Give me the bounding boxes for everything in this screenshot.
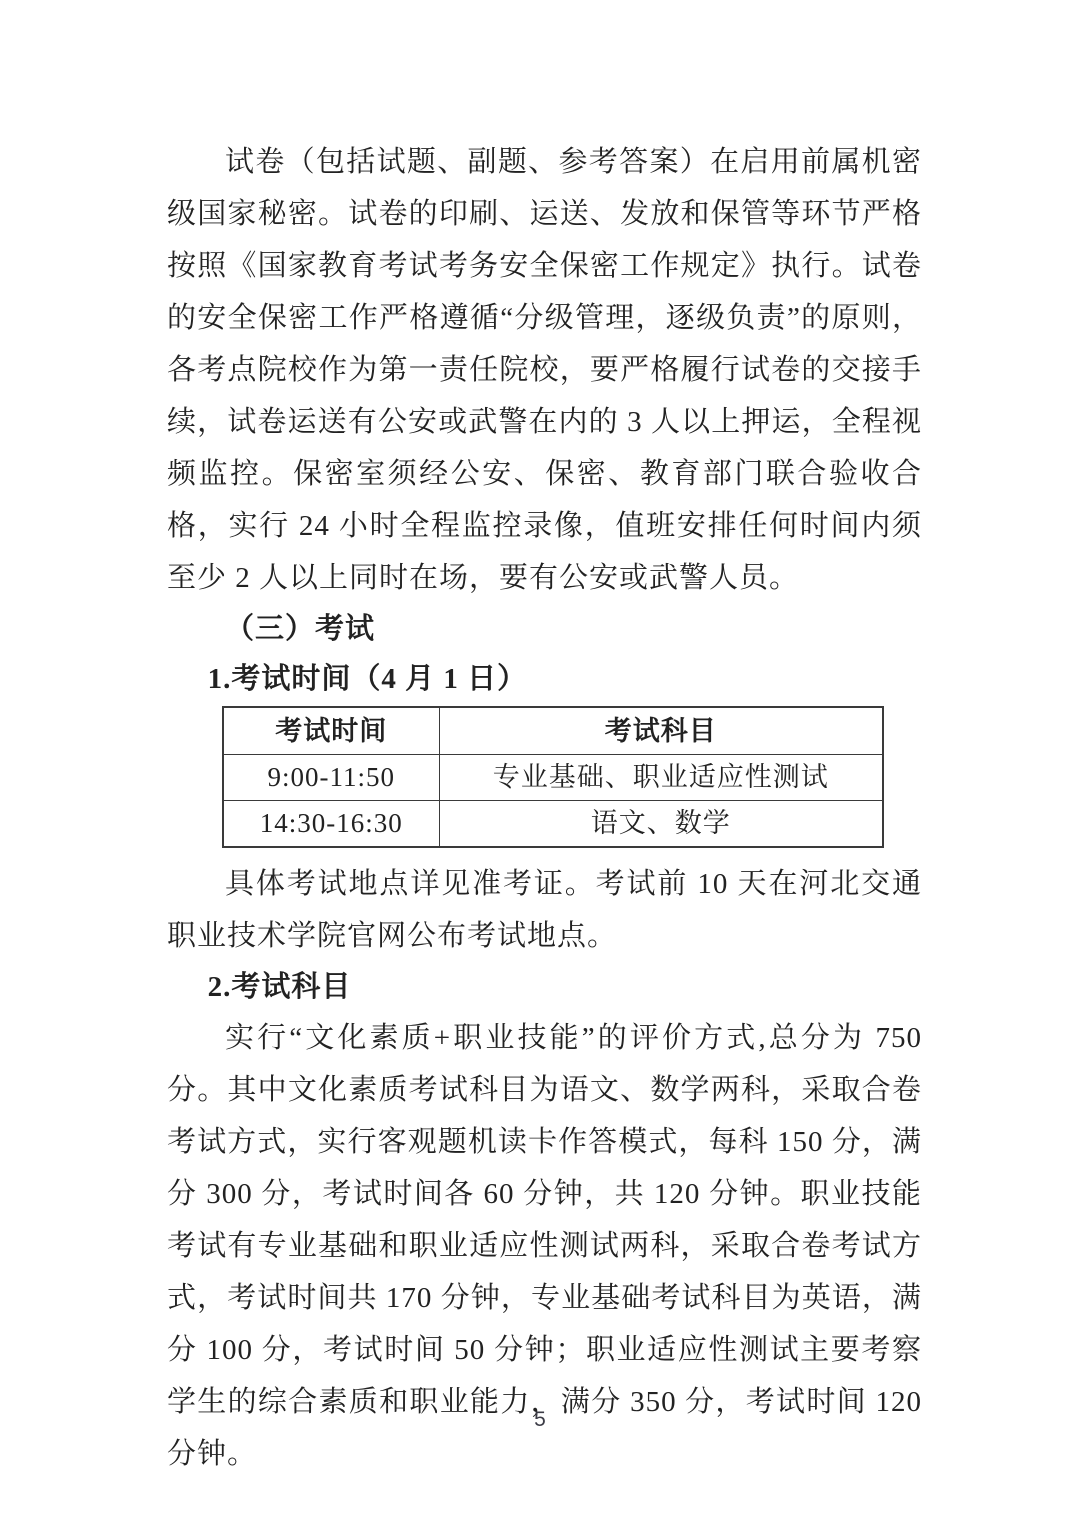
section-heading-exam: （三）考试: [167, 604, 922, 654]
subheading-exam-time: 1.考试时间（4 月 1 日）: [167, 654, 922, 704]
document-page: 试卷（包括试题、副题、参考答案）在启用前属机密级国家秘密。试卷的印刷、运送、发放…: [0, 0, 1080, 1527]
table-header-row: 考试时间 考试科目: [223, 707, 883, 755]
table-header-subject: 考试科目: [439, 707, 883, 755]
document-body: 试卷（包括试题、副题、参考答案）在启用前属机密级国家秘密。试卷的印刷、运送、发放…: [167, 136, 922, 1480]
table-row-afternoon: 14:30-16:30 语文、数学: [223, 801, 883, 848]
table-cell-morning-time: 9:00-11:50: [223, 755, 439, 801]
table-cell-afternoon-time: 14:30-16:30: [223, 801, 439, 848]
table-row-morning: 9:00-11:50 专业基础、职业适应性测试: [223, 755, 883, 801]
table-cell-morning-subject: 专业基础、职业适应性测试: [439, 755, 883, 801]
page-number: 5: [0, 1408, 1080, 1432]
exam-schedule-table: 考试时间 考试科目 9:00-11:50 专业基础、职业适应性测试 14:30-…: [222, 706, 884, 848]
table-header-time: 考试时间: [223, 707, 439, 755]
paragraph-exam-location: 具体考试地点详见准考证。考试前 10 天在河北交通职业技术学院官网公布考试地点。: [167, 858, 922, 962]
paragraph-exam-secrecy: 试卷（包括试题、副题、参考答案）在启用前属机密级国家秘密。试卷的印刷、运送、发放…: [167, 136, 922, 604]
table-cell-afternoon-subject: 语文、数学: [439, 801, 883, 848]
subheading-exam-subjects: 2.考试科目: [167, 962, 922, 1012]
